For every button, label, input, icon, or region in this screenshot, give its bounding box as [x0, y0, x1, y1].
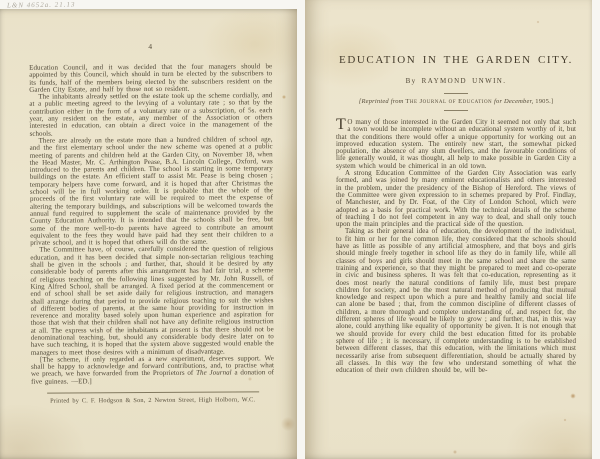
lead-paragraph-text: O many of those interested in the Garden… [336, 118, 576, 170]
paragraph: The inhabitants already settled on the e… [29, 92, 272, 137]
byline: By RAYMOND UNWIN. [336, 77, 576, 85]
reprint-note: [Reprinted from The Journal of Education… [336, 98, 576, 105]
left-page-text-column: 4 Education Council, and it was decided … [0, 8, 298, 405]
page-number: 4 [29, 41, 272, 51]
printer-imprint: Printed by C. F. Hodgson & Son, 2 Newton… [31, 396, 274, 404]
left-page: 4 Education Council, and it was decided … [0, 9, 297, 459]
drop-cap: T [336, 119, 347, 132]
divider-rule [444, 110, 468, 111]
scanned-document: L&N 4652a. 21.13 4 Education Council, an… [0, 0, 600, 459]
right-page: EDUCATION IN THE GARDEN CITY. By RAYMOND… [305, 0, 592, 459]
reprint-year: 1905.] [535, 98, 553, 105]
right-page-text-column: EDUCATION IN THE GARDEN CITY. By RAYMOND… [305, 0, 592, 374]
paragraph: There are already on the estate more tha… [30, 136, 274, 247]
lead-paragraph: TO many of those interested in the Garde… [336, 119, 576, 170]
article-title: EDUCATION IN THE GARDEN CITY. [336, 54, 576, 66]
paragraph: The Committee have, of course, carefully… [30, 246, 274, 357]
journal-name-italic: The Journal [196, 369, 232, 377]
editor-note: [The scheme, if only regarded as a new e… [31, 355, 274, 386]
divider-rule [444, 93, 468, 94]
paragraph: Taking as their general idea of educatio… [336, 228, 576, 374]
reprint-mid: for December, [494, 98, 533, 105]
journal-name-smallcaps: The Journal of Education [405, 98, 492, 105]
reprint-open: [Reprinted from [359, 98, 404, 105]
paragraph: Education Council, and it was decided th… [29, 63, 272, 94]
divider-rule [47, 391, 259, 393]
paragraph: A strong Education Committee of the Gard… [336, 170, 576, 228]
